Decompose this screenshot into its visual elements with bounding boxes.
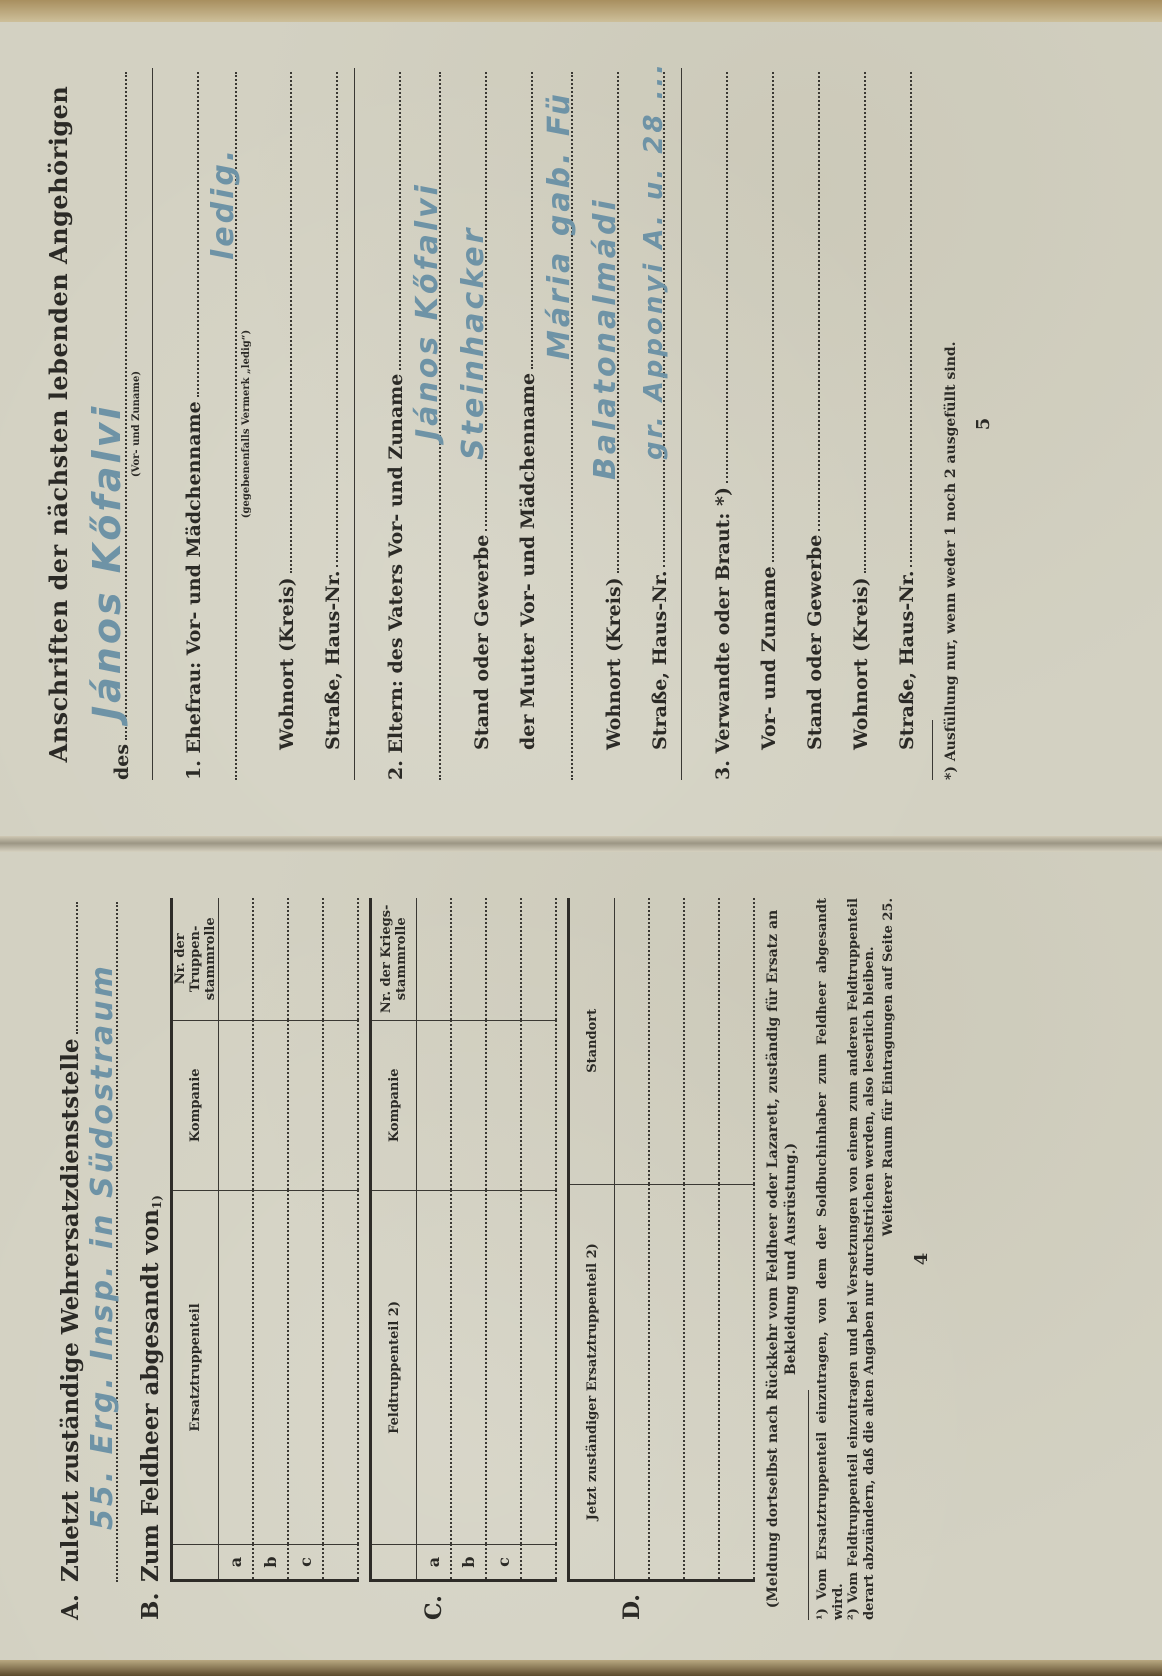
column-header: Feldtruppenteil 2) — [372, 1190, 417, 1544]
table-row[interactable]: b — [253, 898, 288, 1579]
verwandte-label: 3. Verwandte oder Braut: *) — [712, 487, 734, 780]
verwandte-strasse-field[interactable]: Straße, Haus-Nr. — [872, 68, 918, 780]
verwandte-field[interactable]: 3. Verwandte oder Braut: *) — [688, 68, 734, 780]
name-label: Vor- und Zuname — [758, 566, 780, 750]
des-value: János Kőfalvi — [85, 404, 129, 720]
stand-label: Stand oder Gewerbe — [804, 535, 826, 750]
strasse-label: Straße, Haus-Nr. — [896, 571, 918, 750]
strasse-label: Straße, Haus-Nr. — [322, 571, 344, 750]
column-header: Kompanie — [173, 1020, 219, 1190]
eltern-strasse-value: gr. Apponyi A. u. 28 ... — [639, 61, 669, 460]
table-row[interactable] — [323, 898, 358, 1579]
footnote-1: ¹) Vom Ersatztruppenteil einzutragen, vo… — [815, 898, 846, 1620]
column-header: Kompanie — [372, 1020, 417, 1190]
column-header: Standort — [570, 898, 615, 1184]
verwandte-name-field[interactable]: Vor- und Zuname — [734, 68, 780, 780]
page-title: Anschriften der nächsten lebenden Angehö… — [44, 68, 73, 780]
vater-field[interactable]: 2. Eltern: des Vaters Vor- und Zuname — [361, 68, 407, 780]
footnote: *) Ausfüllung nur, wenn weder 1 noch 2 a… — [943, 68, 959, 780]
table-row[interactable] — [719, 898, 754, 1579]
mutter-field[interactable]: der Mutter Vor- und Mädchenname — [493, 68, 539, 780]
continuation-note: Weiterer Raum für Eintragungen auf Seite… — [881, 898, 897, 1620]
meldung-note: (Meldung dortselbst nach Rückkehr vom Fe… — [765, 898, 800, 1620]
section-letter: D. — [567, 1582, 755, 1620]
section-b-heading: B. Zum Feldheer abgesandt von 1) — [124, 898, 164, 1620]
table-row[interactable]: a — [417, 898, 452, 1579]
book-gutter — [0, 836, 1162, 852]
des-field[interactable]: des János Kőfalvi — [89, 68, 133, 780]
book-edge-top — [0, 0, 1162, 22]
wohnort-label: Wohnort (Kreis) — [850, 577, 872, 750]
table-row[interactable] — [649, 898, 684, 1579]
mutter-label: der Mutter Vor- und Mädchenname — [517, 373, 539, 750]
stand-field[interactable]: Stand oder Gewerbe Steinhacker — [447, 68, 493, 780]
eltern-strasse-field[interactable]: Straße, Haus-Nr. gr. Apponyi A. u. 28 ..… — [625, 68, 671, 780]
table-row[interactable] — [521, 898, 556, 1579]
table-row[interactable]: a — [219, 898, 254, 1579]
footnote-2: ²) Vom Feldtruppenteil einzutragen und b… — [846, 898, 877, 1620]
book-edge-bottom — [0, 1658, 1162, 1676]
stand-value: Steinhacker — [456, 226, 491, 460]
column-header: Nr. der Kriegs-stammrolle — [372, 898, 417, 1020]
page-number: 5 — [973, 68, 994, 780]
mutter-value-line[interactable]: Mária gab. Fü — [539, 68, 579, 780]
eltern-label: 2. Eltern: des Vaters Vor- und Zuname — [385, 374, 407, 780]
section-letter: A. — [57, 1582, 84, 1620]
section-letter: C. — [369, 1582, 557, 1620]
section-letter: B. — [137, 1582, 164, 1620]
wohnort-label: Wohnort (Kreis) — [603, 577, 625, 750]
ehefrau-value-line[interactable]: ledig. — [205, 68, 243, 780]
ehefrau-label: 1. Ehefrau: Vor- und Mädchenname — [183, 401, 205, 780]
section-a[interactable]: A. Zuletzt zuständige Wehrersatzdienstst… — [40, 898, 84, 1620]
footnote-ref: 1) — [150, 1195, 164, 1209]
section-c-table: C. Feldtruppenteil 2) Kompanie Nr. der K… — [369, 898, 557, 1620]
table-row[interactable] — [615, 898, 650, 1579]
eltern-wohnort-field[interactable]: Wohnort (Kreis) Balatonalmádi — [579, 68, 625, 780]
column-header: Jetzt zuständiger Ersatztruppenteil 2) — [570, 1184, 615, 1579]
column-header: Nr. der Truppen-stammrolle — [173, 898, 219, 1020]
wohnort-label: Wohnort (Kreis) — [276, 577, 298, 750]
vater-value: János Kőfalvi — [410, 182, 445, 440]
mutter-value: Mária gab. Fü — [542, 91, 577, 360]
table-row[interactable]: c — [486, 898, 521, 1579]
verwandte-stand-field[interactable]: Stand oder Gewerbe — [780, 68, 826, 780]
column-header: Ersatztruppenteil — [173, 1190, 219, 1544]
page-4: A. Zuletzt zuständige Wehrersatzdienstst… — [0, 852, 1162, 1660]
section-a-value-line[interactable]: 55. Erg. Insp. in Südostraum — [84, 898, 124, 1620]
page-number: 4 — [911, 898, 932, 1620]
table-row[interactable] — [684, 898, 719, 1579]
page-5: Anschriften der nächsten lebenden Angehö… — [0, 22, 1162, 836]
section-b-label: Zum Feldheer abgesandt von — [137, 1209, 164, 1582]
ehefrau-wohnort-field[interactable]: Wohnort (Kreis) — [252, 68, 298, 780]
eltern-wohnort-value: Balatonalmádi — [588, 197, 623, 480]
table-row[interactable]: c — [288, 898, 323, 1579]
ehefrau-field[interactable]: 1. Ehefrau: Vor- und Mädchenname — [159, 68, 205, 780]
section-b-table: Ersatztruppenteil Kompanie Nr. der Trupp… — [170, 898, 359, 1620]
des-label: des — [111, 744, 133, 780]
table-row[interactable]: b — [451, 898, 486, 1579]
section-a-label: Zuletzt zuständige Wehrersatzdienststell… — [57, 1039, 84, 1583]
section-a-value: 55. Erg. Insp. in Südostraum — [85, 963, 120, 1530]
vater-value-line[interactable]: János Kőfalvi — [407, 68, 447, 780]
ehefrau-strasse-field[interactable]: Straße, Haus-Nr. — [298, 68, 344, 780]
ehefrau-value: ledig. — [206, 147, 241, 260]
strasse-label: Straße, Haus-Nr. — [649, 571, 671, 750]
stand-label: Stand oder Gewerbe — [471, 535, 493, 750]
verwandte-wohnort-field[interactable]: Wohnort (Kreis) — [826, 68, 872, 780]
section-d-table: D. Jetzt zuständiger Ersatztruppenteil 2… — [567, 898, 755, 1620]
